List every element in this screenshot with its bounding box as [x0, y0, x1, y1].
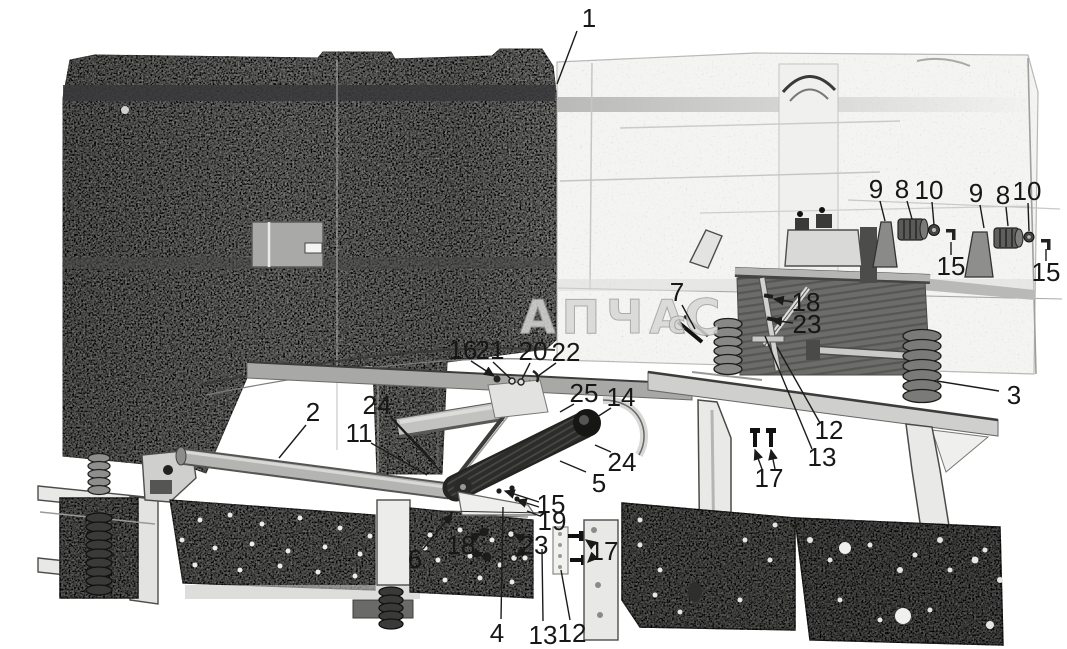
callout-label-4: 4	[490, 618, 504, 648]
plate-hole	[658, 568, 663, 573]
callout-label-21: 21	[476, 335, 505, 365]
callout-label-15: 15	[537, 489, 566, 519]
plate-hole	[868, 543, 873, 548]
callout-label-13: 13	[529, 620, 558, 649]
spring-coil	[86, 585, 112, 595]
plate-hole	[997, 577, 1003, 583]
plate-hole	[260, 522, 265, 527]
callout-label-24: 24	[608, 447, 637, 477]
callout-label-17: 17	[755, 463, 784, 493]
plate-hole	[510, 580, 515, 585]
plate-hole	[490, 538, 495, 543]
callout-label-22: 22	[552, 337, 581, 367]
plate-hole	[323, 545, 328, 550]
plate-hole	[443, 578, 448, 583]
plate-hole	[298, 516, 303, 521]
callout-label-11: 11	[346, 418, 373, 448]
cab-dot	[121, 106, 129, 114]
callout-label-15: 15	[1032, 257, 1061, 287]
callout-label-7: 7	[670, 277, 684, 307]
callout-label-25: 25	[570, 378, 599, 408]
callout-label-16: 16	[449, 335, 478, 365]
callout-label-10: 10	[915, 175, 944, 205]
bushing-8b	[994, 228, 1023, 248]
spring-coil	[88, 486, 110, 495]
plate-hole	[986, 621, 994, 629]
callout-label-17: 17	[590, 536, 619, 566]
plate-hole	[773, 523, 778, 528]
plate-hole	[238, 568, 243, 573]
plate-hole	[638, 543, 643, 548]
bolt-18b	[483, 553, 492, 562]
plate-hole	[937, 537, 943, 543]
plate-hole	[316, 570, 321, 575]
plate-hole	[228, 513, 233, 518]
bolt-18a	[480, 528, 489, 537]
callout-label-9: 9	[869, 174, 883, 204]
callout-label-3: 3	[1007, 380, 1021, 410]
callout-label-8: 8	[996, 180, 1010, 210]
plate-hole	[193, 563, 198, 568]
plate-hole	[678, 610, 683, 615]
plate-hole	[913, 553, 918, 558]
plate-hole	[368, 534, 373, 539]
callout-label-13: 13	[808, 442, 837, 472]
plate-hole	[878, 618, 883, 623]
parts-diagram-page: АПЧА с С 1234567981015981015111213141617…	[0, 0, 1067, 649]
plate-hole	[983, 548, 988, 553]
callout-label-23: 23	[793, 309, 822, 339]
plate-hole	[928, 608, 933, 613]
plate-hole	[828, 558, 833, 563]
callout-label-8: 8	[895, 174, 909, 204]
plate-hole	[428, 533, 433, 538]
watermark-text-cap: С	[684, 289, 727, 347]
callout-label-12: 12	[815, 415, 844, 445]
callout-label-24: 24	[363, 390, 392, 420]
callout-leader-13	[542, 549, 543, 621]
plate-hole	[198, 518, 203, 523]
spring-coil	[714, 364, 742, 375]
front-spring-lower	[86, 513, 112, 595]
plate-hole	[338, 526, 343, 531]
plate-hole	[436, 558, 441, 563]
callout-label-9: 9	[969, 178, 983, 208]
plate-hole	[286, 549, 291, 554]
callout-label-12: 12	[558, 618, 587, 648]
callout-label-6: 6	[408, 544, 422, 574]
plate-hole	[353, 574, 358, 579]
plate-hole	[213, 546, 218, 551]
spring-coil	[379, 619, 403, 629]
plate-hole	[972, 557, 979, 564]
callout-label-20: 20	[519, 336, 548, 366]
plate-hole	[768, 558, 773, 563]
plate-hole	[948, 568, 953, 573]
callout-label-1: 1	[582, 3, 596, 33]
plate-hole	[738, 598, 743, 603]
spring-coil	[903, 390, 941, 403]
callout-label-5: 5	[592, 468, 606, 498]
bushing-8a	[898, 219, 928, 240]
callout-label-10: 10	[1013, 176, 1042, 206]
callout-label-23: 23	[520, 530, 549, 560]
callout-label-18: 18	[447, 530, 476, 560]
callout-label-14: 14	[607, 382, 636, 412]
plate-hole	[653, 593, 658, 598]
callout-leader-10	[1028, 203, 1029, 231]
plate-hole	[478, 576, 483, 581]
frame-plate-right-b	[795, 518, 1003, 645]
plate-hole	[897, 567, 903, 573]
front-spring-upper	[88, 454, 110, 495]
rear-mount-spring-right	[903, 330, 941, 403]
plate-hole	[278, 564, 283, 569]
plate-hole	[358, 552, 363, 557]
diagram-canvas: АПЧА с С 1234567981015981015111213141617…	[0, 0, 1067, 649]
plate-hole	[807, 537, 813, 543]
plate-hole	[638, 518, 643, 523]
plate-hole	[180, 538, 185, 543]
frame-plate-right-a	[622, 503, 795, 630]
plate-hole	[838, 598, 843, 603]
plate-hole	[743, 538, 748, 543]
callout-label-15: 15	[937, 251, 966, 281]
ring-23a	[508, 531, 515, 538]
callout-label-2: 2	[306, 397, 320, 427]
plate-hole	[250, 542, 255, 547]
